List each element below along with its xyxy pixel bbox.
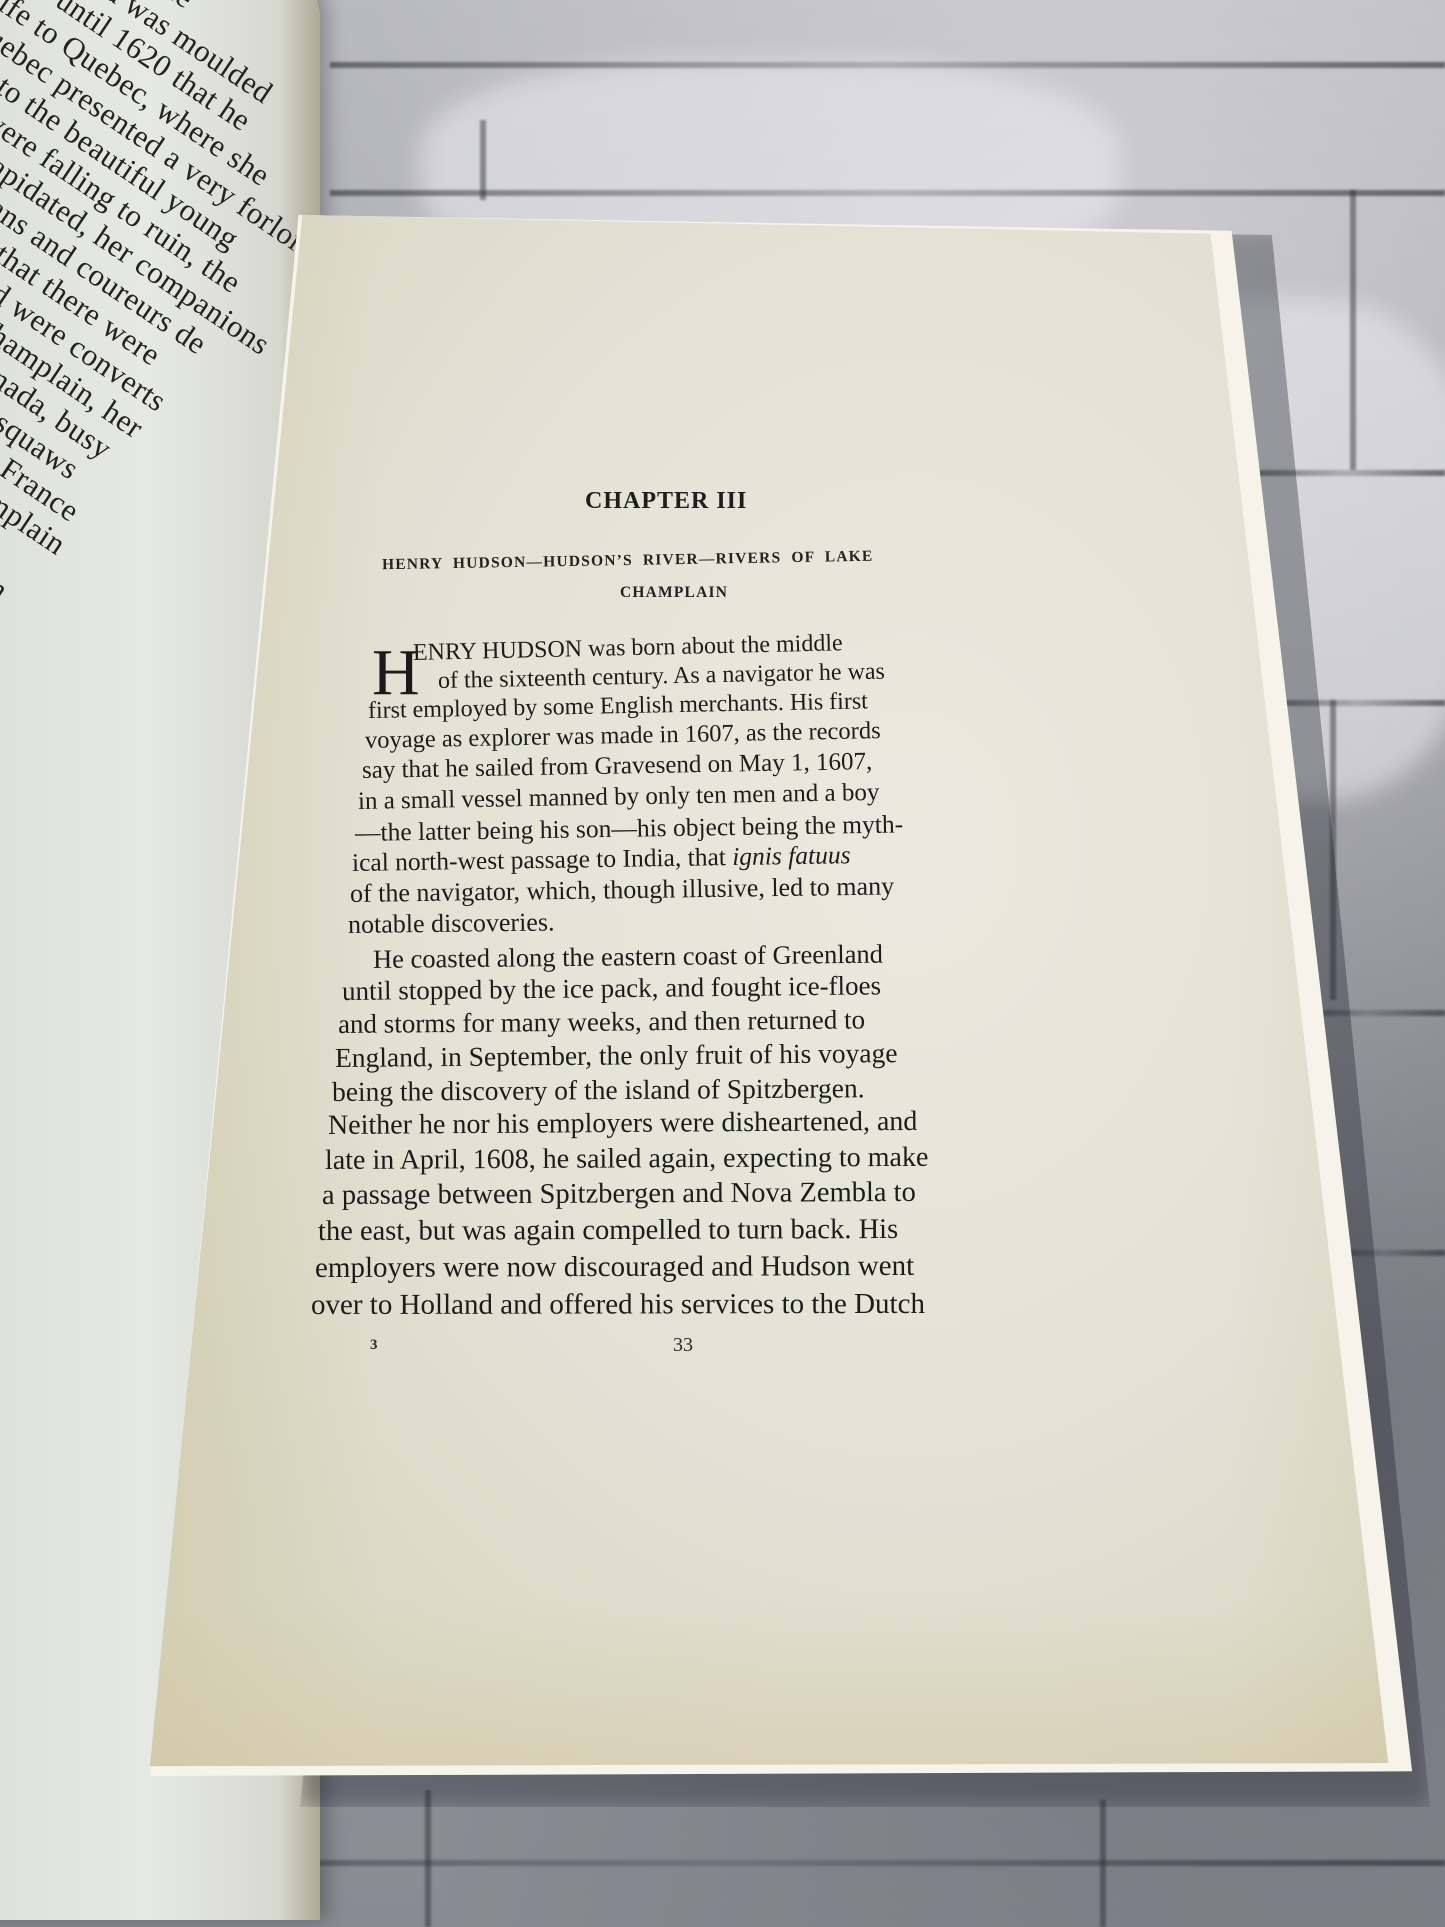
mortar-line [330,62,1445,68]
mortar-line [1100,1800,1106,1927]
mortar-line [425,1790,431,1927]
right-page [150,215,1430,1795]
mortar-line [480,120,486,200]
page-surface [150,215,1420,1785]
mortar-line [330,190,1445,196]
